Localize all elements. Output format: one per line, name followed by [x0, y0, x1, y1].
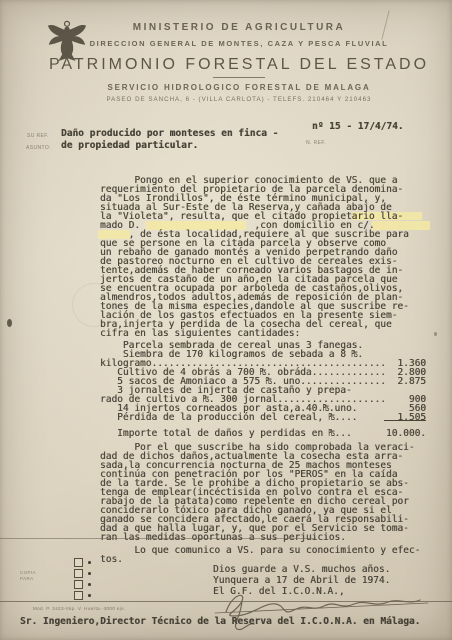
closing-blessing: Dios guarde a V.S. muchos años. [213, 564, 390, 575]
margin-line [0, 538, 316, 539]
copy-checkbox [74, 569, 83, 578]
scanned-letter-page: MINISTERIO DE AGRICULTURA DIRECCION GENE… [0, 0, 452, 640]
service-title: SERVICIO HIDROLOGICO FORESTAL DE MALAGA [30, 83, 448, 92]
copy-checkbox [74, 558, 83, 567]
checkbox-dot [88, 583, 91, 586]
total-line: Importe total de daños y perdidas en ₧..… [100, 429, 426, 438]
office-address: PASEO DE SANCHA, 6 - (VILLA CARLOTA) - T… [30, 96, 448, 103]
ink-speck [434, 332, 437, 336]
checkbox-dot [88, 561, 91, 564]
copy-checkbox [74, 591, 83, 600]
body-paragraph-1: Pongo en el superior conocimiento de VS.… [100, 176, 409, 338]
damage-cost-list: Parcela sembrada de cereal unas 3 fanega… [100, 341, 426, 422]
signature [212, 578, 437, 639]
title-underline [213, 77, 265, 78]
body-paragraph-3: Lo que comunico a VS. para su conocimien… [100, 546, 420, 564]
n-ref-label: N. REF. [306, 140, 326, 146]
copy-checkbox [74, 580, 83, 589]
footer-rule [0, 601, 452, 602]
reference-number: nº 15 - 17/4/74. [312, 122, 404, 131]
su-ref-label: SU REF. [27, 133, 49, 139]
subject-line-2: de propiedad particular. [61, 141, 198, 150]
direction-title: DIRECCION GENERAL DE MONTES, CAZA Y PESC… [30, 39, 448, 48]
checkbox-dot [88, 594, 91, 597]
ink-speck [7, 319, 12, 327]
organization-title: PATRIMONIO FORESTAL DEL ESTADO [30, 56, 448, 74]
print-note: Mod. P. 2423-Imp. V. Huerta.-3000 ejs. [33, 606, 126, 611]
asunto-label: ASUNTO: [26, 145, 51, 151]
subject-line-1: Daño producido por monteses en finca - [61, 129, 278, 138]
paper-stain [72, 283, 116, 327]
amount-underline [384, 420, 426, 421]
checkbox-dot [88, 572, 91, 575]
body-paragraph-2: Por el que suscribe ha sido comprobada l… [100, 443, 415, 542]
addressee-line: Sr. Ingeniero,Director Técnico de la Res… [20, 617, 420, 626]
letterhead: MINISTERIO DE AGRICULTURA DIRECCION GENE… [30, 22, 448, 103]
copy-for-label: COPIA PARA [20, 570, 36, 582]
